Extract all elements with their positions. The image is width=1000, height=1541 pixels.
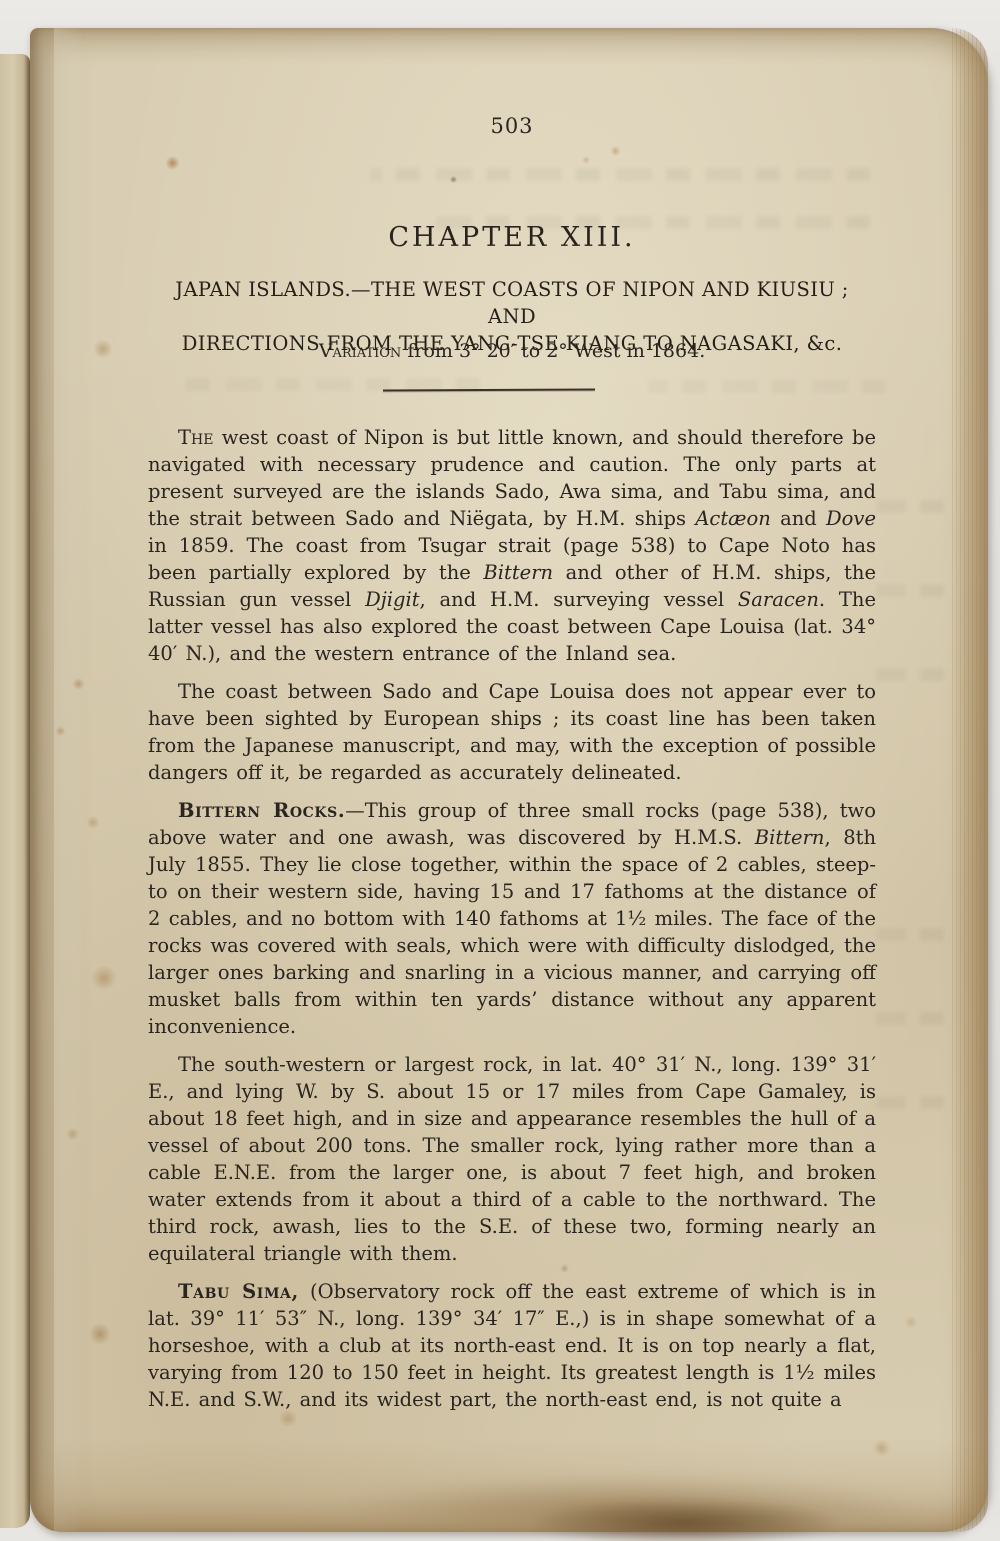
foxing-spot [88, 1324, 112, 1344]
variation-value: from 3° 20′ to 2° West in 1864. [401, 340, 705, 362]
variation-note: Variation from 3° 20′ to 2° West in 1864… [148, 340, 876, 362]
foxing-spot [904, 1316, 918, 1328]
foxing-spot [165, 156, 180, 170]
foxing-spot [55, 726, 66, 736]
paragraph-largest-rock: The south-western or largest rock, in la… [148, 1051, 876, 1267]
ship-name: Djigit [365, 588, 419, 611]
ghost-text-smudge [876, 928, 944, 941]
chapter-heading: CHAPTER XIII. [148, 222, 876, 253]
ghost-text-smudge [876, 1096, 944, 1109]
variation-label: Variation [319, 340, 402, 362]
page-fore-edge [952, 28, 988, 1532]
title-line-1: JAPAN ISLANDS.—THE WEST COASTS OF NIPON … [148, 276, 876, 330]
foxing-spot [72, 678, 85, 690]
ghost-text-smudge [876, 1012, 944, 1025]
book-page: 503 CHAPTER XIII. JAPAN ISLANDS.—THE WES… [30, 28, 988, 1532]
ship-name: Dove [826, 507, 876, 530]
paragraph-tabu-sima: Tabu Sima, (Observatory rock off the eas… [148, 1278, 876, 1413]
page-number: 503 [148, 114, 876, 138]
ghost-text-smudge [876, 584, 944, 597]
foxing-spot [90, 966, 118, 990]
foxing-spot [610, 146, 621, 156]
ghost-text-smudge [648, 380, 886, 393]
ghost-text-smudge [876, 500, 944, 513]
foxing-spot [92, 340, 114, 358]
bottom-stain-dark [535, 1500, 835, 1541]
ship-name: Actæon [695, 507, 770, 530]
ship-name: Bittern [483, 561, 553, 584]
section-lead: Bittern Rocks. [178, 799, 345, 822]
paragraph-bittern-rocks: Bittern Rocks.—This group of three small… [148, 797, 876, 1040]
foxing-spot [66, 1128, 79, 1140]
ship-name: Bittern [755, 826, 825, 849]
section-lead: Tabu Sima, [178, 1280, 299, 1303]
divider-rule [383, 388, 595, 391]
paragraph-intro: The west coast of Nipon is but little kn… [148, 424, 876, 667]
body-text: The west coast of Nipon is but little kn… [148, 424, 876, 1424]
foxing-spot [86, 816, 100, 829]
adjacent-page-edge [0, 54, 30, 1528]
foxing-spot [582, 156, 590, 164]
book-photo: { "colors":{"paper":"#d9ceb3","ink":"#2b… [0, 0, 1000, 1541]
ghost-text-smudge [370, 168, 870, 181]
ship-name: Saracen [738, 588, 819, 611]
paragraph-coast-line: The coast between Sado and Cape Louisa d… [148, 678, 876, 786]
ghost-text-smudge [876, 668, 944, 681]
page-gutter-crease [54, 28, 84, 1532]
